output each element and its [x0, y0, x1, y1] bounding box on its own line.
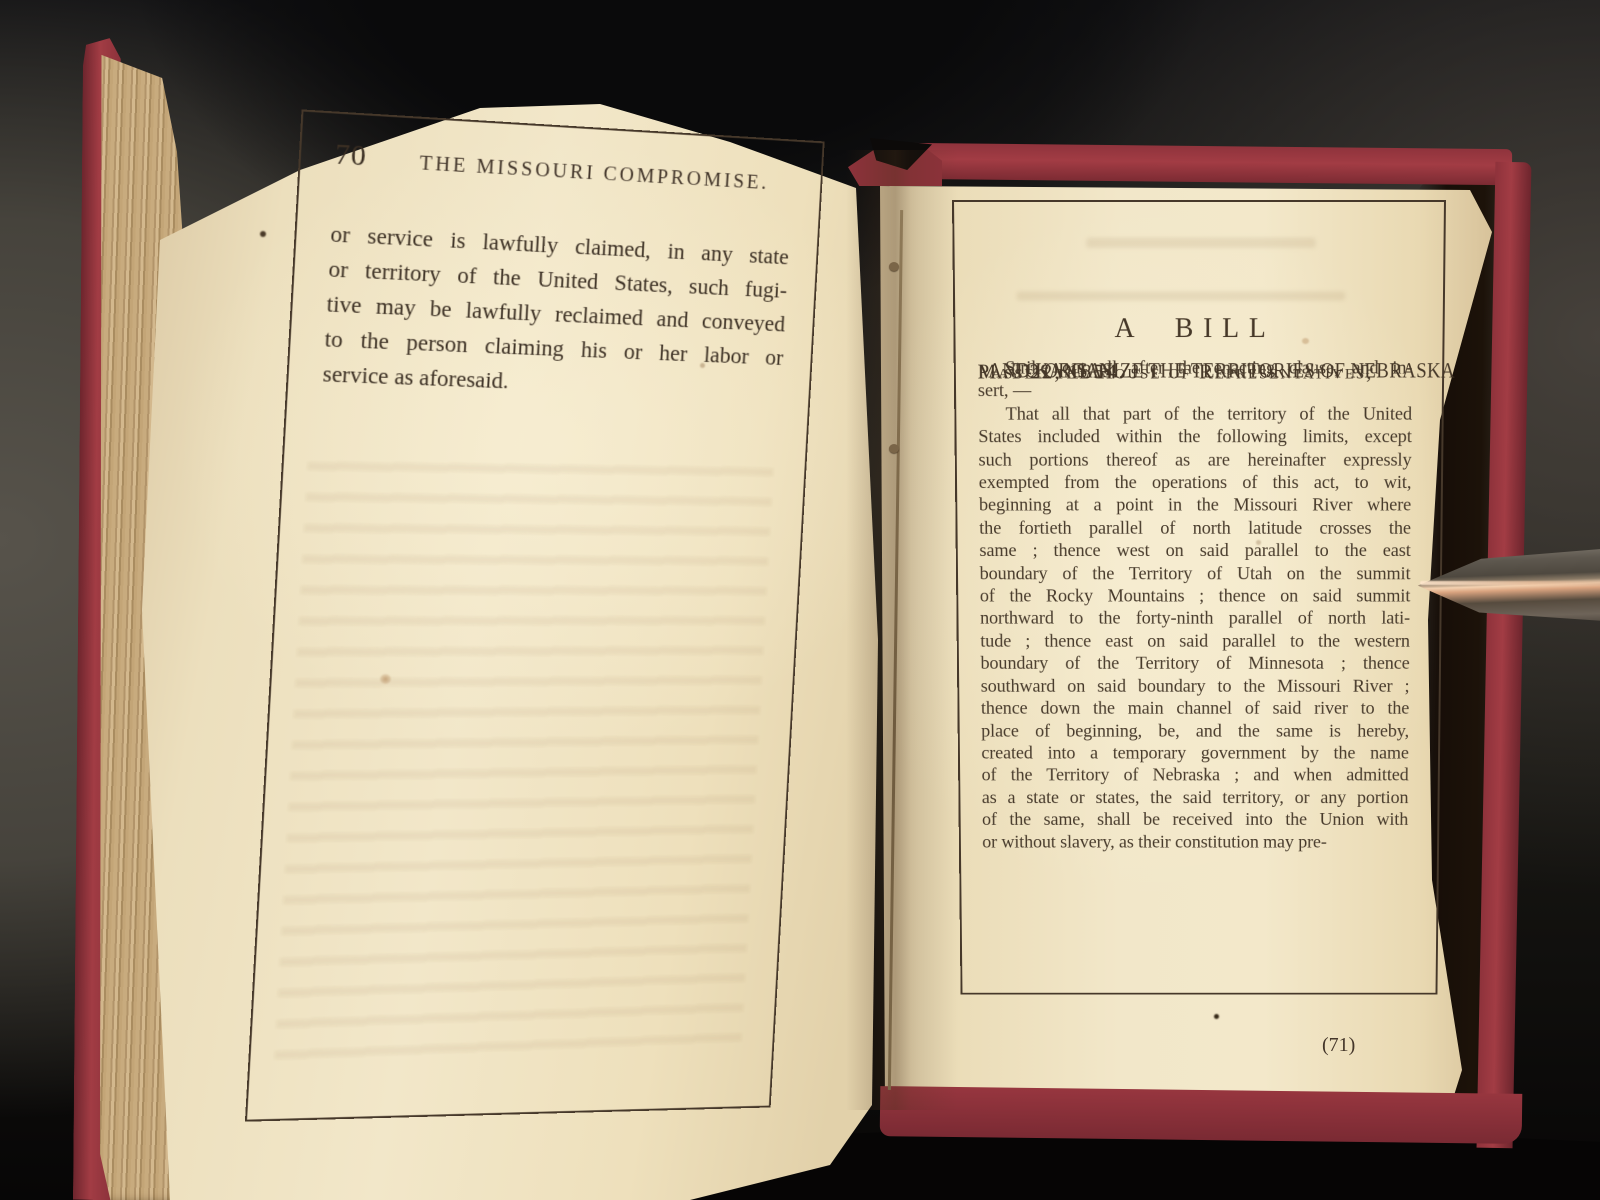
foxing-spot — [1302, 338, 1309, 344]
show-through-header-ghost — [976, 208, 1414, 303]
text-line: Strike out all after the enacting clause… — [978, 358, 1413, 381]
gutter-shadow — [846, 150, 958, 1110]
text-line: of the same, shall be received into the … — [982, 810, 1408, 832]
foxing-spot — [260, 231, 266, 237]
text-line: of the Rocky Mountains ; thence on said … — [980, 586, 1411, 609]
left-page-number: 70 — [334, 138, 368, 174]
left-page-header: 70 THE MISSOURI COMPROMISE. — [334, 138, 794, 203]
bill-paragraph-1: Strike out all after the enacting clause… — [978, 358, 1413, 404]
binding-thread-knot — [889, 444, 899, 453]
bill-title: A BILL — [977, 313, 1413, 345]
foxing-spot — [1256, 540, 1261, 545]
text-line: That all that part of the territory of t… — [978, 404, 1412, 427]
text-line: exempted from the operations of this act… — [979, 472, 1412, 495]
book-cover-bottom-edge — [880, 1086, 1523, 1144]
photo-backdrop: 70 THE MISSOURI COMPROMISE. or service i… — [0, 0, 1600, 1200]
foxing-spot — [700, 363, 705, 368]
show-through-text-ghost — [274, 453, 774, 1073]
text-line: beginning at a point in the Missouri Riv… — [979, 495, 1411, 518]
text-line: sert, — — [978, 381, 1413, 404]
text-line: or without slavery, as their constitutio… — [982, 832, 1408, 854]
text-line: thence down the main channel of said riv… — [981, 699, 1409, 721]
ghost-line — [1017, 292, 1346, 301]
text-line: northward to the forty-ninth parallel of… — [980, 609, 1410, 632]
text-line: southward on said boundary to the Missou… — [981, 676, 1410, 698]
book-cover-top-edge — [896, 143, 1512, 185]
left-page-text-box: 70 THE MISSOURI COMPROMISE. or service i… — [245, 109, 825, 1121]
text-line: created into a temporary government by t… — [981, 743, 1409, 765]
ghost-line — [1086, 238, 1316, 248]
blade-highlight — [1420, 581, 1600, 585]
text-line: same ; thence west on said parallel to t… — [979, 541, 1410, 564]
text-line: the fortieth parallel of north latitude … — [979, 518, 1411, 541]
text-line: boundary of the Territory of Utah on the… — [980, 563, 1411, 586]
foxing-spot — [1214, 1014, 1219, 1019]
right-page-number: (71) — [1322, 1034, 1355, 1057]
text-line: place of beginning, be, and the same is … — [981, 721, 1409, 743]
text-line: of the Territory of Nebraska ; and when … — [982, 765, 1409, 787]
right-page-text-box: A BILL TO ORGANIZE THE TERRITORIES OF NE… — [952, 200, 1446, 995]
text-line: States included within the following lim… — [978, 427, 1412, 450]
text-line: tude ; thence east on said parallel to t… — [980, 631, 1410, 653]
left-page-paragraph: or service is lawfully claimed, in any s… — [322, 218, 790, 410]
binding-thread-knot — [889, 262, 899, 271]
text-line: boundary of the Territory of Minnesota ;… — [980, 654, 1409, 676]
foxing-spot — [380, 674, 391, 684]
bill-paragraph-2: That all that part of the territory of t… — [978, 404, 1412, 854]
text-line: as a state or states, the said territory… — [982, 788, 1409, 810]
running-head: THE MISSOURI COMPROMISE. — [393, 149, 793, 196]
text-line: such portions thereof as are hereinafter… — [978, 450, 1411, 473]
